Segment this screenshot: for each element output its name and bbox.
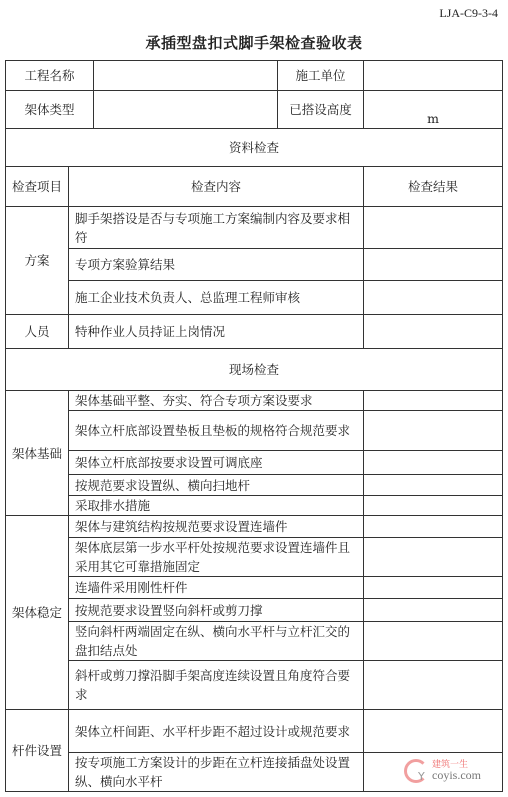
check-content: 架体立杆底部按要求设置可调底座	[69, 451, 364, 475]
check-content: 按规范要求设置纵、横向扫地杆	[69, 475, 364, 496]
check-content: 按规范要求设置竖向斜杆或剪刀撑	[69, 599, 364, 622]
check-result-field[interactable]	[364, 281, 503, 315]
height-label: 已搭设高度	[278, 91, 364, 129]
construction-unit-field[interactable]	[364, 61, 503, 91]
category-stability: 架体稳定	[6, 516, 69, 710]
check-content: 特种作业人员持证上岗情况	[69, 315, 364, 349]
inspection-table: 工程名称 施工单位 架体类型 已搭设高度 m 资料检查 检查项目 检查内容 检查…	[5, 60, 503, 792]
check-result-field[interactable]	[364, 249, 503, 281]
check-result-field[interactable]	[364, 661, 503, 710]
table-row: 按规范要求设置纵、横向扫地杆	[6, 475, 503, 496]
check-content: 采取排水措施	[69, 496, 364, 516]
watermark-en-text: coyis.com	[432, 768, 481, 783]
project-name-label: 工程名称	[6, 61, 94, 91]
check-result-field[interactable]	[364, 411, 503, 451]
check-content: 架体立杆底部设置垫板且垫板的规格符合规范要求	[69, 411, 364, 451]
table-row: 架体立杆底部按要求设置可调底座	[6, 451, 503, 475]
table-row: 人员 特种作业人员持证上岗情况	[6, 315, 503, 349]
table-row: 斜杆或剪刀撑沿脚手架高度连续设置且角度符合要求	[6, 661, 503, 710]
watermark-logo-y-icon: Y	[418, 770, 425, 783]
check-content: 架体底层第一步水平杆处按规范要求设置连墙件且采用其它可靠措施固定	[69, 538, 364, 577]
table-row: 杆件设置 架体立杆间距、水平杆步距不超过设计或规范要求	[6, 710, 503, 753]
table-row: 采取排水措施	[6, 496, 503, 516]
check-result-field[interactable]	[364, 538, 503, 577]
col-header-result: 检查结果	[364, 167, 503, 207]
table-row: 施工企业技术负责人、总监理工程师审核	[6, 281, 503, 315]
table-row: 专项方案验算结果	[6, 249, 503, 281]
check-content: 架体基础平整、夯实、符合专项方案设要求	[69, 391, 364, 411]
section-site-header: 现场检查	[6, 349, 503, 391]
check-result-field[interactable]	[364, 451, 503, 475]
category-members: 杆件设置	[6, 710, 69, 792]
form-code: LJA-C9-3-4	[439, 6, 498, 21]
project-name-field[interactable]	[94, 61, 278, 91]
watermark: Y 建筑一生 coyis.com	[404, 757, 494, 785]
category-foundation: 架体基础	[6, 391, 69, 516]
table-row: 连墙件采用刚性杆件	[6, 577, 503, 599]
check-result-field[interactable]	[364, 599, 503, 622]
check-result-field[interactable]	[364, 391, 503, 411]
height-unit: m	[427, 111, 439, 126]
check-result-field[interactable]	[364, 516, 503, 538]
frame-type-field[interactable]	[94, 91, 278, 129]
col-header-content: 检查内容	[69, 167, 364, 207]
check-content: 连墙件采用刚性杆件	[69, 577, 364, 599]
check-content: 按专项施工方案设计的步距在立杆连接插盘处设置纵、横向水平杆	[69, 753, 364, 792]
check-content: 脚手架搭设是否与专项施工方案编制内容及要求相符	[69, 207, 364, 249]
check-content: 斜杆或剪刀撑沿脚手架高度连续设置且角度符合要求	[69, 661, 364, 710]
section-site-title: 现场检查	[6, 349, 503, 391]
table-row: 架体稳定 架体与建筑结构按规范要求设置连墙件	[6, 516, 503, 538]
check-result-field[interactable]	[364, 315, 503, 349]
section-documents-title: 资料检查	[6, 129, 503, 167]
check-result-field[interactable]	[364, 710, 503, 753]
col-header-item: 检查项目	[6, 167, 69, 207]
check-content: 架体与建筑结构按规范要求设置连墙件	[69, 516, 364, 538]
check-result-field[interactable]	[364, 207, 503, 249]
check-content: 架体立杆间距、水平杆步距不超过设计或规范要求	[69, 710, 364, 753]
section-documents-header: 资料检查	[6, 129, 503, 167]
table-row: 方案 脚手架搭设是否与专项施工方案编制内容及要求相符	[6, 207, 503, 249]
construction-unit-label: 施工单位	[278, 61, 364, 91]
table-row: 架体立杆底部设置垫板且垫板的规格符合规范要求	[6, 411, 503, 451]
frame-type-label: 架体类型	[6, 91, 94, 129]
check-result-field[interactable]	[364, 496, 503, 516]
check-result-field[interactable]	[364, 577, 503, 599]
category-personnel: 人员	[6, 315, 69, 349]
check-result-field[interactable]	[364, 475, 503, 496]
table-row: 架体底层第一步水平杆处按规范要求设置连墙件且采用其它可靠措施固定	[6, 538, 503, 577]
table-row: 竖向斜杆两端固定在纵、横向水平杆与立杆汇交的盘扣结点处	[6, 622, 503, 661]
check-content: 施工企业技术负责人、总监理工程师审核	[69, 281, 364, 315]
check-result-field[interactable]	[364, 622, 503, 661]
header-row-2: 架体类型 已搭设高度 m	[6, 91, 503, 129]
table-row: 架体基础 架体基础平整、夯实、符合专项方案设要求	[6, 391, 503, 411]
check-content: 专项方案验算结果	[69, 249, 364, 281]
header-row-1: 工程名称 施工单位	[6, 61, 503, 91]
height-field[interactable]: m	[364, 91, 503, 129]
check-content: 竖向斜杆两端固定在纵、横向水平杆与立杆汇交的盘扣结点处	[69, 622, 364, 661]
column-header-row: 检查项目 检查内容 检查结果	[6, 167, 503, 207]
form-title: 承插型盘扣式脚手架检查验收表	[0, 32, 508, 53]
table-row: 按规范要求设置竖向斜杆或剪刀撑	[6, 599, 503, 622]
category-plan: 方案	[6, 207, 69, 315]
